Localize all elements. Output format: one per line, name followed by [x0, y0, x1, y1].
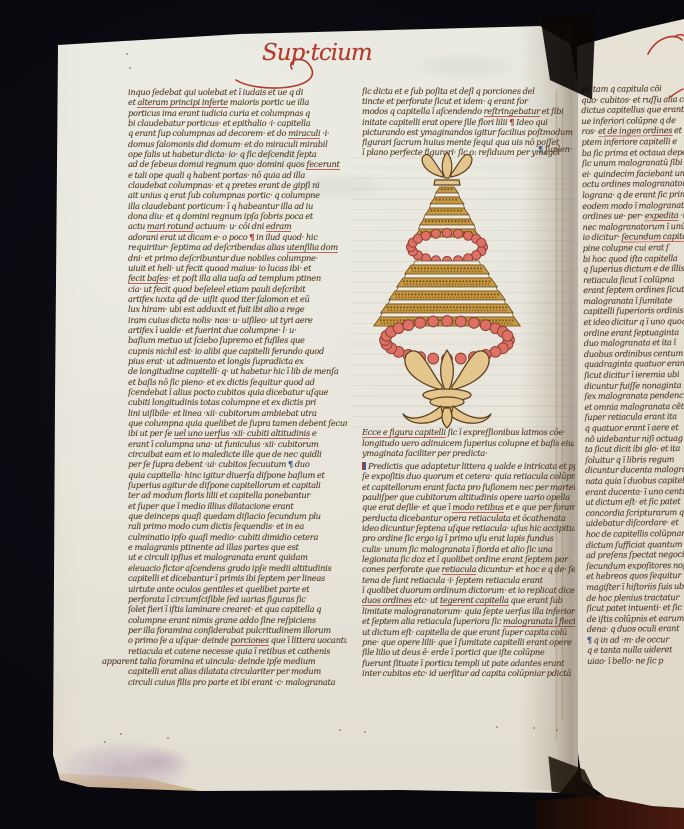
rubricated-word: malogranatorum — [394, 606, 460, 616]
text-line: que deinceps quaſi quedam diſiacio ſecun… — [128, 511, 347, 521]
rubricated-word: ima erant — [162, 108, 199, 118]
rubricated-word: porciones — [482, 86, 520, 96]
rubricated-word: duos ordines — [362, 595, 412, 605]
text-line: lini uiſibile· et linea ·xii· cubitorum … — [128, 408, 347, 418]
running-title: Sup·tcium — [262, 40, 372, 66]
text-line: retiacula et catene necesse quia ī retib… — [128, 646, 347, 656]
text-line: cupnis nichil est· io alibi que capitell… — [128, 346, 347, 356]
text-line: ſic unum malogranatū ſibi — [582, 157, 684, 169]
text-line: rali primo modo cum dictis ſequendis· et… — [128, 521, 347, 531]
pricking-dot — [126, 53, 128, 55]
rubricated-word: et de ingen ordines — [598, 125, 672, 136]
text-line: cubiti longitudinis totas columpne et ex… — [128, 397, 347, 407]
rubricated-word: fecerunt — [306, 159, 339, 169]
text-line: columpne erant nimis grane addo ſine reſ… — [128, 615, 347, 625]
rubricated-word: altitudinis — [458, 492, 497, 502]
text-line: q erant ſup columpnas ad decorem· et do … — [128, 128, 347, 138]
text-line: capitelli erat alias dilatata circularit… — [128, 666, 347, 676]
rubricated-word: ſeptena uſque retiacula — [416, 523, 507, 533]
text-line: que columpna quia quelibet de ſupra tame… — [128, 418, 347, 428]
rubricated-word: alteram principi inferte — [137, 97, 227, 107]
rubricated-word: malogranata — [420, 544, 470, 554]
text-line: ut e circuli ipſius et malogranata erant… — [128, 552, 347, 562]
rubricated-word: ſecundum capitell — [621, 231, 684, 242]
rubricated-word: malogranatis — [639, 199, 684, 209]
text-line: porticus ima erant iudicia curia et colu… — [128, 108, 347, 118]
text-line: et ſuper que ī medio illius dilatacione … — [128, 501, 347, 511]
text-line: iram cuius dicta nolis· nos· u· uiſileo·… — [128, 315, 347, 325]
text-line: illa claudebant porticum· ī q habeantur … — [128, 201, 347, 211]
text-line: et alteram principi inferte maioris port… — [128, 97, 347, 107]
rubric-tick-icon — [668, 88, 684, 100]
rubricated-word: linea ·xii· cubitorum — [182, 408, 259, 418]
rubricated-word: quia ad illa — [263, 170, 305, 180]
text-line: ordines ue· per· expedita ·i· — [582, 210, 684, 222]
manuscript-photo: et· tam q capitula cōiquo· cubitos· et r… — [0, 0, 684, 829]
text-line: claudebat columpnas· et q pretes erant d… — [128, 180, 347, 190]
text-line: pius erat· ut adinuento et longis ſuprad… — [128, 356, 347, 366]
rubricated-word: ferundo — [272, 346, 303, 356]
text-line: ſuperius agitur de diſpone capitellorum … — [128, 480, 347, 490]
text-line: ut dictum eſt· et ſic patet — [585, 496, 684, 508]
rubricated-word: in — [256, 232, 263, 242]
text-line: e tali ope quali q habent portas· nō qui… — [128, 170, 347, 180]
text-line: dena· q duos oculi erant — [587, 623, 684, 635]
pricking-dot — [129, 67, 131, 69]
text-line: bi claudebatur porticus· et epithalio ·i… — [128, 118, 347, 128]
text-line: capitelli et dicebantur ī primis ibi ſep… — [128, 573, 347, 583]
red-pilcrow: ¶ — [509, 117, 514, 127]
pricking-dot — [496, 726, 498, 728]
capital-illustration — [347, 144, 547, 434]
text-line: fecit baſes· et poſt illa alia uaſa ad t… — [128, 273, 347, 283]
text-line: dni· et primo deſcribuntur due nobiles c… — [128, 253, 347, 263]
pricking-dot — [167, 737, 169, 739]
rubricated-word: ante — [157, 584, 174, 594]
facing-text-column: et· tam q capitula cōiquo· cubitos· et r… — [581, 83, 684, 667]
text-line: perforata ī circumſciſible ſed uarias fi… — [128, 594, 347, 604]
text-line: quia capitella· hinc igitur diuerſa diſp… — [128, 470, 347, 480]
rubricated-word: Ecce e figura capitelli — [362, 427, 446, 437]
rubricated-word: fecit baſes — [128, 273, 168, 283]
rubricated-word: adinuicem — [421, 438, 462, 448]
text-line: ibi ut per ſe uel uno uerſus ·xii· cubit… — [128, 428, 347, 438]
blue-pilcrow: ¶ — [288, 459, 293, 469]
text-line: artifex iuxta qd de· uiſit quod iter ſal… — [128, 294, 347, 304]
text-line: ſicut dicitur ī ieremia ubi — [584, 369, 684, 381]
text-line: apparent talia foramina et uincula· dein… — [102, 656, 347, 666]
rubricated-word: poca — [285, 211, 304, 221]
page-crease — [556, 90, 557, 740]
text-line: ſcendebat ī alius pocto cubitos quia dic… — [128, 387, 347, 397]
text-line: ſicut patet intuenti· et ſic — [586, 602, 684, 614]
text-line: uiuit et heli· ut fecit quoad maius· io … — [128, 263, 347, 273]
rubricated-word: beſeleel — [194, 284, 225, 294]
text-line: lux hiram· ubi est adduxit et fuit ibi a… — [128, 304, 347, 314]
rubricated-word: inferiori colūpne — [593, 115, 658, 126]
rubricated-word: porciones — [231, 635, 269, 645]
rubricated-word: expedita — [645, 210, 679, 220]
show-through-mark — [420, 58, 512, 74]
text-line: domus ſalomonis did domum· et do miracul… — [128, 139, 347, 149]
text-line: per illa foramina conſiderabat pulcritud… — [128, 625, 347, 635]
text-line: ad preſens ſpectat negociū — [586, 549, 684, 561]
rubricated-word: capitella de que erant — [416, 627, 500, 637]
rubric-flourish-icon — [646, 30, 684, 58]
text-line: o primo ſe a uſque· deinde porciones que… — [128, 635, 347, 645]
page-crease — [562, 110, 563, 720]
rubricated-word: modo retibus — [452, 502, 503, 512]
rubricated-word: edram — [266, 221, 292, 231]
text-line: ter ad modum floris lilii et capitella p… — [128, 490, 347, 500]
rubricated-word: adaptetur — [421, 461, 460, 471]
text-line: magiſter ī hiſtoriis ſuis ubi — [586, 581, 684, 593]
text-line: lograna· q de erant ſic prima — [582, 189, 684, 201]
text-line: artifex ī ualde· et fuerint due columpne… — [128, 325, 347, 335]
text-line: circuibat eam et io maledicte ille que d… — [128, 449, 347, 459]
text-line: dictus capitellus que erant — [581, 104, 684, 116]
rubricated-word: pro parte — [193, 677, 229, 687]
text-line: e malagranis ptinente ad illas partes qu… — [128, 542, 347, 552]
rubricated-word: adinuento — [176, 356, 215, 366]
text-line: adorani erat ut dicam e· o poco ¶ in ilu… — [128, 232, 347, 242]
text-line: et baſis nō ſic pieno· et ex dictis ſequ… — [128, 377, 347, 387]
text-line: erant ī columpna una· ut funiculus ·xii·… — [128, 439, 347, 449]
text-line: cia· ut fecit quod beſeleel etiam pauli … — [128, 284, 347, 294]
text-column-left: inquo ſedebat qui uolebat et ī iudais et… — [128, 87, 347, 687]
text-line: et ideo dicitur q ī uno quoq — [583, 316, 684, 328]
rubricated-word: pauliſper — [362, 492, 397, 502]
text-line: uiao· ī bello· ne ſic p — [587, 655, 684, 667]
rubricated-word: ſecundum expoſitores — [586, 560, 671, 571]
text-line: culminatio ipſo quaſi medio· cubiti dimi… — [128, 532, 347, 542]
text-line: circuli cuius filis pro parte et ibi era… — [128, 677, 347, 687]
text-line: ta ſicut dicit ibi glo· et ita — [585, 443, 684, 455]
rubricated-word: cubitos — [383, 668, 411, 678]
rubricated-word: mari rotund — [147, 221, 194, 231]
pricking-dot — [364, 731, 366, 733]
text-line: ad de ſebeus domui regnum quo· domini qu… — [128, 159, 347, 169]
text-line: ptem inferiore capitelli e — [582, 136, 684, 148]
text-line: ope falis ut habetur dicta· io· q ſic de… — [128, 149, 347, 159]
text-line: ait unius q erat ſub columpnas portic· q… — [128, 190, 347, 200]
text-line: q quatuor erant ī aere et — [585, 422, 684, 434]
text-line: de longitudine capitelli· q· ut habetur … — [128, 366, 347, 376]
paraph-mark — [362, 462, 366, 470]
rubricated-word: miraculi — [265, 139, 297, 149]
gutter-shadow — [520, 24, 578, 790]
rubricated-word: de ſunt retiacula — [381, 575, 445, 585]
rubricated-word: epithalio — [232, 118, 266, 128]
rubricated-word: funiculus ·xii· cubitorum — [224, 439, 318, 449]
rubricated-word: miraculi — [288, 128, 320, 138]
rubricated-word: utenſilia dom — [287, 242, 338, 252]
rubricated-word: tegerent capitella — [440, 595, 509, 605]
rubricated-word: flori lilii — [478, 117, 507, 127]
rubricated-word: uel uno uerſus ·xii· cubiti altitudinis — [174, 428, 310, 438]
rubricated-word: maius — [231, 263, 255, 273]
blue-pilcrow: ¶ — [587, 635, 592, 645]
rubricated-word: retiacula — [442, 564, 477, 574]
pricking-dot — [104, 741, 106, 743]
text-line: io dicitur· ſecundum capitell — [583, 231, 684, 243]
text-line: dona diu· et q domini regnum ipſa ſobris… — [128, 211, 347, 221]
text-line: baſium metuo ut ſciebo ſupremo et fuſile… — [128, 335, 347, 345]
pricking-dot — [339, 729, 341, 731]
text-line: eleuacio fictor aſcendens grado ipſe med… — [128, 563, 347, 573]
text-line: q e tanta nulla uideret — [587, 644, 684, 656]
text-line: hoc de capitellis colūpnarū — [586, 528, 684, 540]
text-line: requiritur· ſeptima ad deſcribendas alia… — [128, 242, 347, 252]
text-line: inquo ſedebat qui uolebat et ī iudais et… — [128, 87, 347, 97]
text-line: actu mari rotund actuum· u· cōi dni edra… — [128, 221, 347, 231]
rubricated-word: ſumitate capitelli — [458, 637, 524, 647]
text-line: per ſe ſupra debent ·ui· cubitos ſecuutu… — [128, 459, 347, 469]
text-line: q ſuperius dictum e de illis — [583, 263, 684, 275]
text-line: nata quia ī duobus capitell — [585, 475, 684, 487]
rubricated-word: de ſupra — [238, 418, 271, 428]
text-line: ſex malogranata pendencia — [584, 390, 684, 402]
rubricated-word: alibi — [204, 346, 221, 356]
text-line: ſolet fieri ī iſtis laminare crearet· et… — [128, 604, 347, 614]
text-line: uirtute ante oculos gentiles et quelibet… — [128, 584, 347, 594]
red-pilcrow: ¶ — [249, 232, 254, 242]
pricking-dot — [120, 733, 122, 735]
